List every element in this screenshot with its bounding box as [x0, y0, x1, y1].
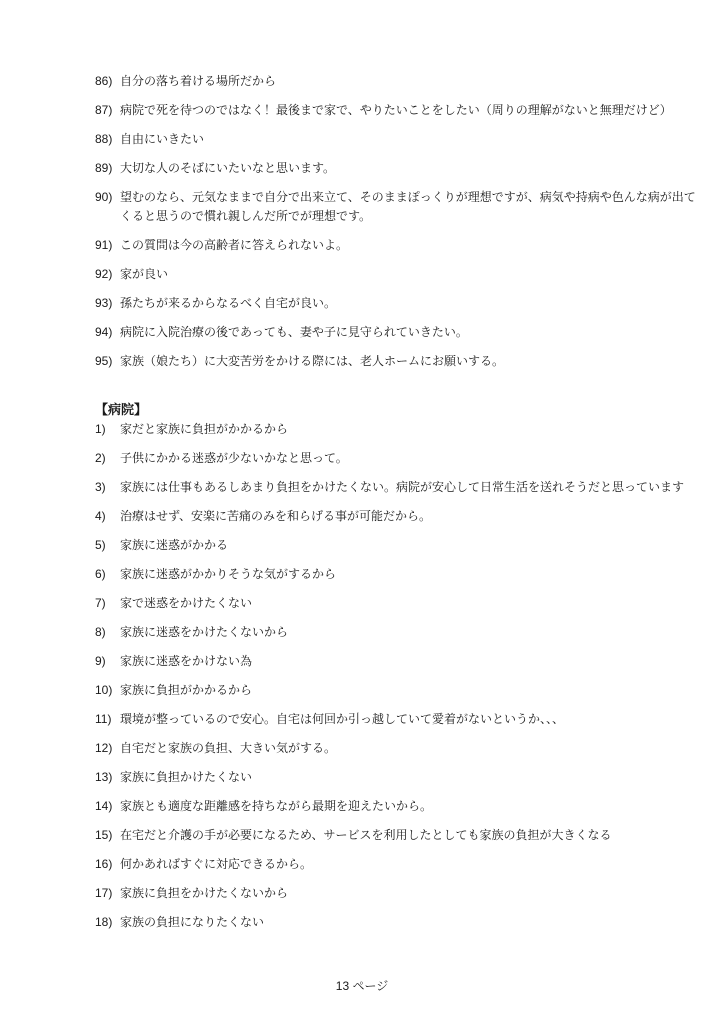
item-text: 環境が整っているので安心。自宅は何回か引っ越していて愛着がないというか、、、: [120, 710, 702, 729]
item-number: 5): [95, 536, 120, 555]
item-number: 8): [95, 623, 120, 642]
item-number: 17): [95, 884, 120, 903]
item-number: 91): [95, 236, 120, 255]
item-text: 家族に迷惑がかかりそうな気がするから: [120, 565, 702, 584]
item-number: 11): [95, 710, 120, 729]
item-number: 18): [95, 913, 120, 932]
item-number: 15): [95, 826, 120, 845]
item-text: 自由にいきたい: [120, 130, 702, 149]
item-text: 家で迷惑をかけたくない: [120, 594, 702, 613]
item-number: 86): [95, 72, 120, 91]
item-text: 家族の負担になりたくない: [120, 913, 702, 932]
item-text: 孫たちが来るからなるべく自宅が良い。: [120, 294, 702, 313]
item-text: 自分の落ち着ける場所だから: [120, 72, 702, 91]
item-number: 4): [95, 507, 120, 526]
list-item: 11)環境が整っているので安心。自宅は何回か引っ越していて愛着がないというか、、…: [95, 710, 702, 729]
list-item: 17)家族に負担をかけたくないから: [95, 884, 702, 903]
item-text: 家だと家族に負担がかかるから: [120, 420, 702, 439]
item-text: 家が良い: [120, 265, 702, 284]
list-item: 9)家族に迷惑をかけない為: [95, 652, 702, 671]
item-text: 病院に入院治療の後であっても、妻や子に見守られていきたい。: [120, 323, 702, 342]
item-number: 95): [95, 352, 120, 371]
item-number: 93): [95, 294, 120, 313]
list-item: 10)家族に負担がかかるから: [95, 681, 702, 700]
item-text: 家族には仕事もあるしあまり負担をかけたくない。病院が安心して日常生活を送れそうだ…: [120, 478, 702, 497]
item-text: この質問は今の高齢者に答えられないよ。: [120, 236, 702, 255]
item-text: 大切な人のそばにいたいなと思います。: [120, 159, 702, 178]
item-number: 12): [95, 739, 120, 758]
list-item: 13)家族に負担かけたくない: [95, 768, 702, 787]
list-item: 7)家で迷惑をかけたくない: [95, 594, 702, 613]
list-item: 87)病院で死を待つのではなく！最後まで家で、やりたいことをしたい（周りの理解が…: [95, 101, 702, 120]
item-text: 家族に負担がかかるから: [120, 681, 702, 700]
list-item: 86)自分の落ち着ける場所だから: [95, 72, 702, 91]
item-text: 在宅だと介護の手が必要になるため、サービスを利用したとしても家族の負担が大きくな…: [120, 826, 702, 845]
item-text: 子供にかかる迷惑が少ないかなと思って。: [120, 449, 702, 468]
item-text: 家族（娘たち）に大変苦労をかける際には、老人ホームにお願いする。: [120, 352, 702, 371]
item-number: 14): [95, 797, 120, 816]
list-item: 91)この質問は今の高齢者に答えられないよ。: [95, 236, 702, 255]
list-item: 2)子供にかかる迷惑が少ないかなと思って。: [95, 449, 702, 468]
item-text: 家族に負担をかけたくないから: [120, 884, 702, 903]
list-item: 4)治療はせず、安楽に苦痛のみを和らげる事が可能だから。: [95, 507, 702, 526]
item-number: 7): [95, 594, 120, 613]
item-number: 1): [95, 420, 120, 439]
list-item: 88)自由にいきたい: [95, 130, 702, 149]
list-item: 90)望むのなら、元気なままで自分で出来立て、そのままぽっくりが理想ですが、病気…: [95, 188, 702, 226]
item-text: 自宅だと家族の負担、大きい気がする。: [120, 739, 702, 758]
item-number: 3): [95, 478, 120, 497]
list-item: 1)家だと家族に負担がかかるから: [95, 420, 702, 439]
list-item: 95)家族（娘たち）に大変苦労をかける際には、老人ホームにお願いする。: [95, 352, 702, 371]
list-item: 12)自宅だと家族の負担、大きい気がする。: [95, 739, 702, 758]
item-number: 88): [95, 130, 120, 149]
item-number: 92): [95, 265, 120, 284]
list-item: 18)家族の負担になりたくない: [95, 913, 702, 932]
item-number: 13): [95, 768, 120, 787]
section-heading-hospital: 【病院】: [95, 400, 702, 419]
item-number: 89): [95, 159, 120, 178]
item-number: 2): [95, 449, 120, 468]
page-number: 13 ページ: [0, 979, 724, 994]
item-text: 何かあればすぐに対応できるから。: [120, 855, 702, 874]
item-number: 87): [95, 101, 120, 120]
item-text: 望むのなら、元気なままで自分で出来立て、そのままぽっくりが理想ですが、病気や持病…: [120, 188, 702, 226]
item-number: 90): [95, 188, 120, 207]
list-item: 89)大切な人のそばにいたいなと思います。: [95, 159, 702, 178]
list-item: 15)在宅だと介護の手が必要になるため、サービスを利用したとしても家族の負担が大…: [95, 826, 702, 845]
item-number: 10): [95, 681, 120, 700]
item-text: 病院で死を待つのではなく！最後まで家で、やりたいことをしたい（周りの理解がないと…: [120, 101, 702, 120]
list-item: 16)何かあればすぐに対応できるから。: [95, 855, 702, 874]
item-number: 16): [95, 855, 120, 874]
item-number: 9): [95, 652, 120, 671]
item-text: 家族に迷惑をかけない為: [120, 652, 702, 671]
list-item: 93)孫たちが来るからなるべく自宅が良い。: [95, 294, 702, 313]
item-text: 家族に迷惑をかけたくないから: [120, 623, 702, 642]
item-number: 6): [95, 565, 120, 584]
list-item: 94)病院に入院治療の後であっても、妻や子に見守られていきたい。: [95, 323, 702, 342]
item-number: 94): [95, 323, 120, 342]
response-list-continued: 86)自分の落ち着ける場所だから87)病院で死を待つのではなく！最後まで家で、や…: [95, 72, 702, 371]
list-item: 92)家が良い: [95, 265, 702, 284]
list-item: 3)家族には仕事もあるしあまり負担をかけたくない。病院が安心して日常生活を送れそ…: [95, 478, 702, 497]
item-text: 家族とも適度な距離感を持ちながら最期を迎えたいから。: [120, 797, 702, 816]
item-text: 家族に迷惑がかかる: [120, 536, 702, 555]
list-item: 5)家族に迷惑がかかる: [95, 536, 702, 555]
item-text: 治療はせず、安楽に苦痛のみを和らげる事が可能だから。: [120, 507, 702, 526]
document-page: 86)自分の落ち着ける場所だから87)病院で死を待つのではなく！最後まで家で、や…: [0, 0, 724, 1024]
list-item: 8)家族に迷惑をかけたくないから: [95, 623, 702, 642]
item-text: 家族に負担かけたくない: [120, 768, 702, 787]
list-item: 6)家族に迷惑がかかりそうな気がするから: [95, 565, 702, 584]
response-list-hospital: 1)家だと家族に負担がかかるから2)子供にかかる迷惑が少ないかなと思って。3)家…: [95, 420, 702, 932]
list-item: 14)家族とも適度な距離感を持ちながら最期を迎えたいから。: [95, 797, 702, 816]
